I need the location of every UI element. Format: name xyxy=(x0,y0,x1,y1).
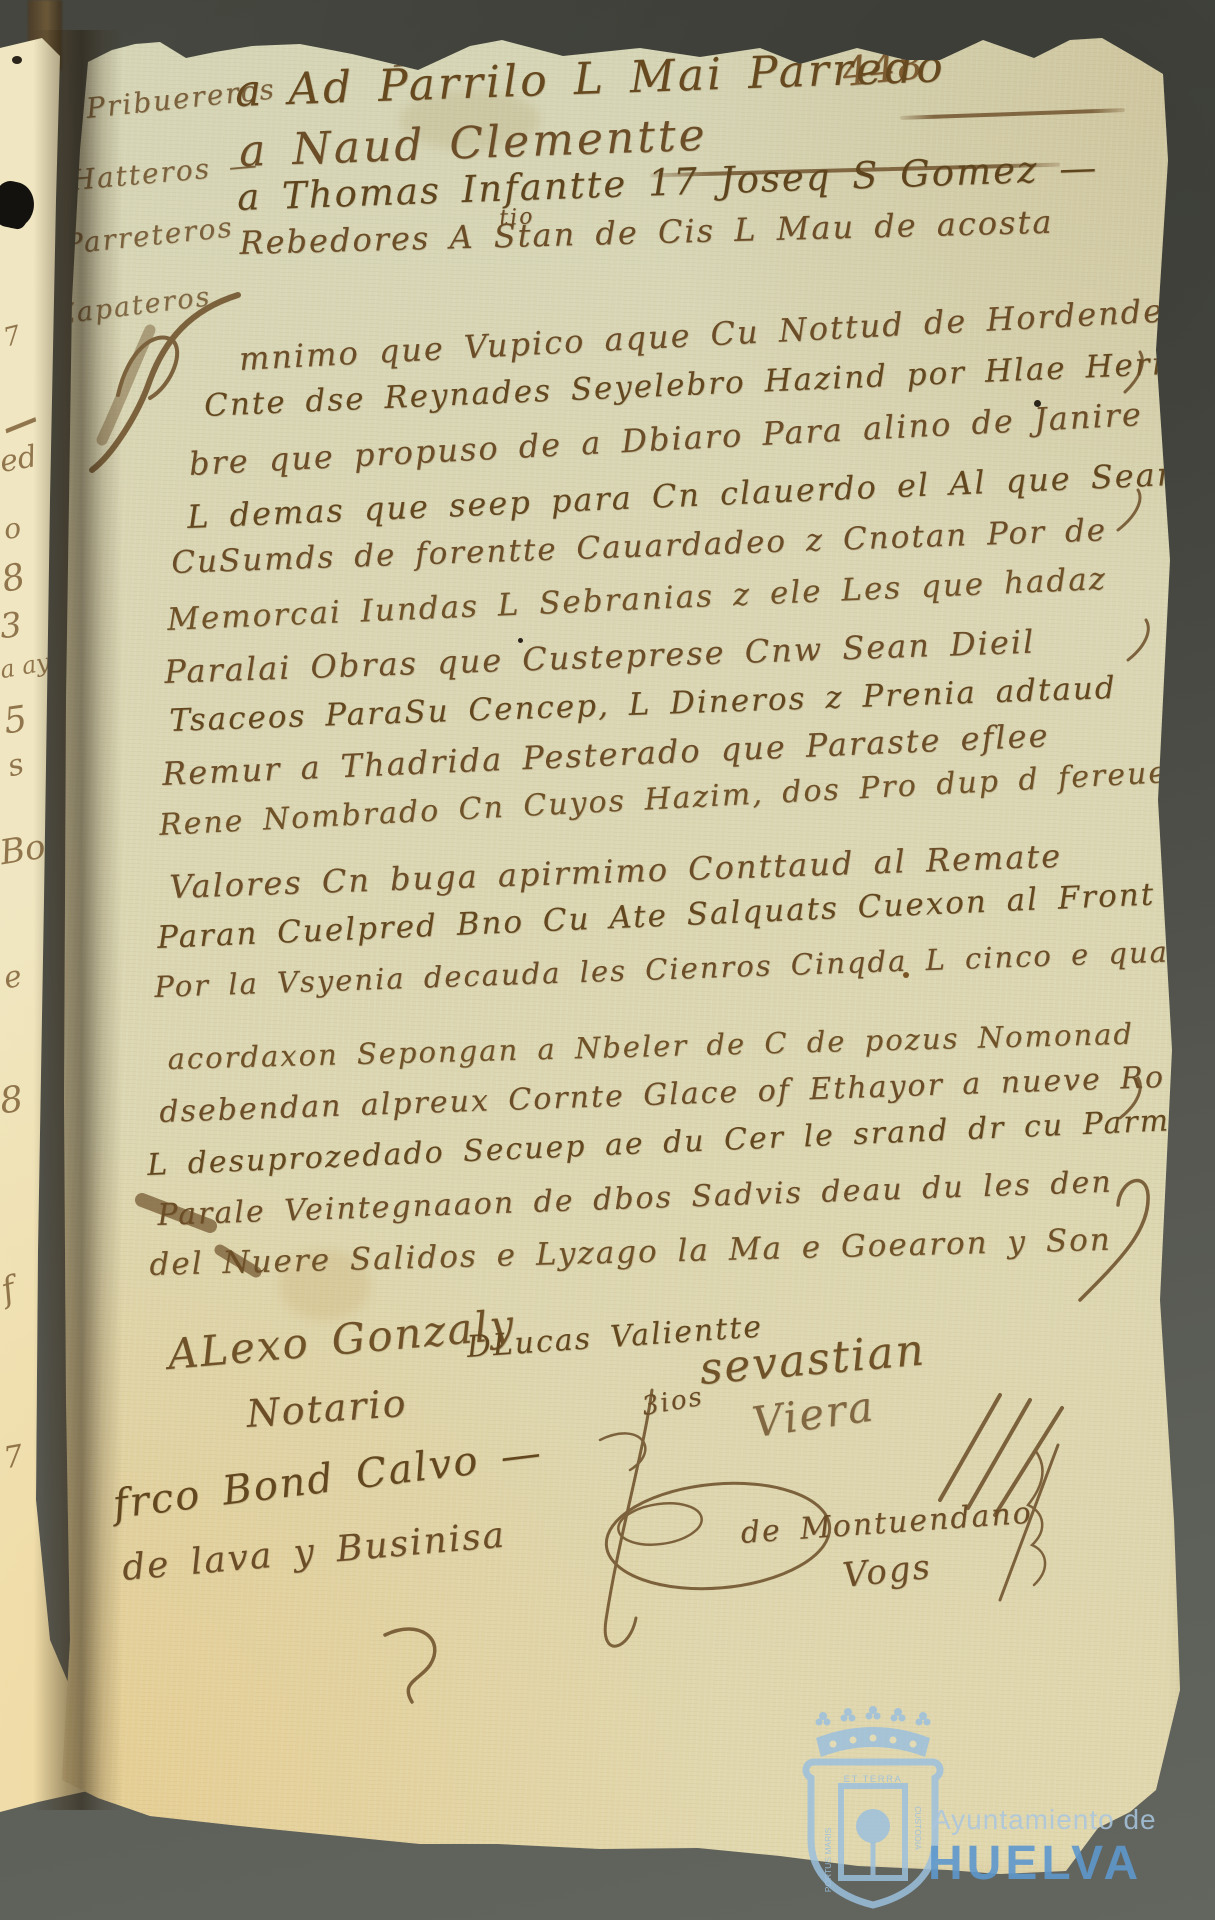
line-end-uptick xyxy=(1118,490,1140,530)
ink-rule xyxy=(900,108,1125,120)
margin-note: Hatteros — xyxy=(69,148,260,197)
signature-oval-flourish xyxy=(616,1498,705,1549)
ink-fragment: 8 xyxy=(0,1079,26,1123)
opening-flourish-bold xyxy=(102,330,150,440)
ink-speck xyxy=(12,56,22,64)
ink-fragment: ed xyxy=(0,439,40,480)
ink-fragment: 8 xyxy=(0,556,29,601)
ink-fragment: o xyxy=(2,511,23,546)
ink-blot xyxy=(0,178,38,231)
slash-flourish xyxy=(968,1400,1030,1508)
manuscript-page: 448 4 Pribuereros Hatteros — Parreteros … xyxy=(0,0,1215,1920)
archival-photo: 7 — ed o 8 3 a ay 5 s Bo e 8 f 7 448 4 P… xyxy=(0,0,1215,1920)
ink-fragment: 7 xyxy=(1,1439,26,1477)
line-end-uptick xyxy=(1128,620,1148,660)
margin-note: Zapateros xyxy=(54,281,213,331)
signature-lower-left: frco Bond Calvo — xyxy=(110,1430,545,1528)
ink-fragment: 3 xyxy=(0,605,24,647)
signature-notary-title: Notario xyxy=(245,1381,409,1436)
signature-lower-left: de lava y Businisa xyxy=(120,1515,507,1589)
ink-fragment: s xyxy=(4,747,27,785)
signature-rubric: 3ios xyxy=(640,1382,706,1422)
margin-note: Parreteros xyxy=(63,210,236,261)
signature-rubric: Viera xyxy=(749,1381,878,1447)
ink-fragment: a ay xyxy=(0,648,52,684)
signature-vertical-flourish xyxy=(605,1390,652,1646)
body-line: del Nuere Salidos e Lyzago la Ma e Goear… xyxy=(149,1222,1112,1283)
slash-flourish xyxy=(940,1395,1000,1500)
ink-fragment: 7 xyxy=(1,320,24,353)
ink-fragment: f xyxy=(0,1269,20,1311)
signature-loop xyxy=(600,1433,645,1470)
signature-lower-center: de Montuendano xyxy=(740,1496,1034,1551)
ink-fragment: e xyxy=(1,959,26,997)
signature-rubric: Vogs xyxy=(841,1547,934,1596)
ink-fragment: Bo xyxy=(0,827,48,874)
initial-letter-loop xyxy=(118,337,177,398)
ink-fragment: 5 xyxy=(1,699,29,743)
rubric-flourish xyxy=(385,1629,435,1702)
